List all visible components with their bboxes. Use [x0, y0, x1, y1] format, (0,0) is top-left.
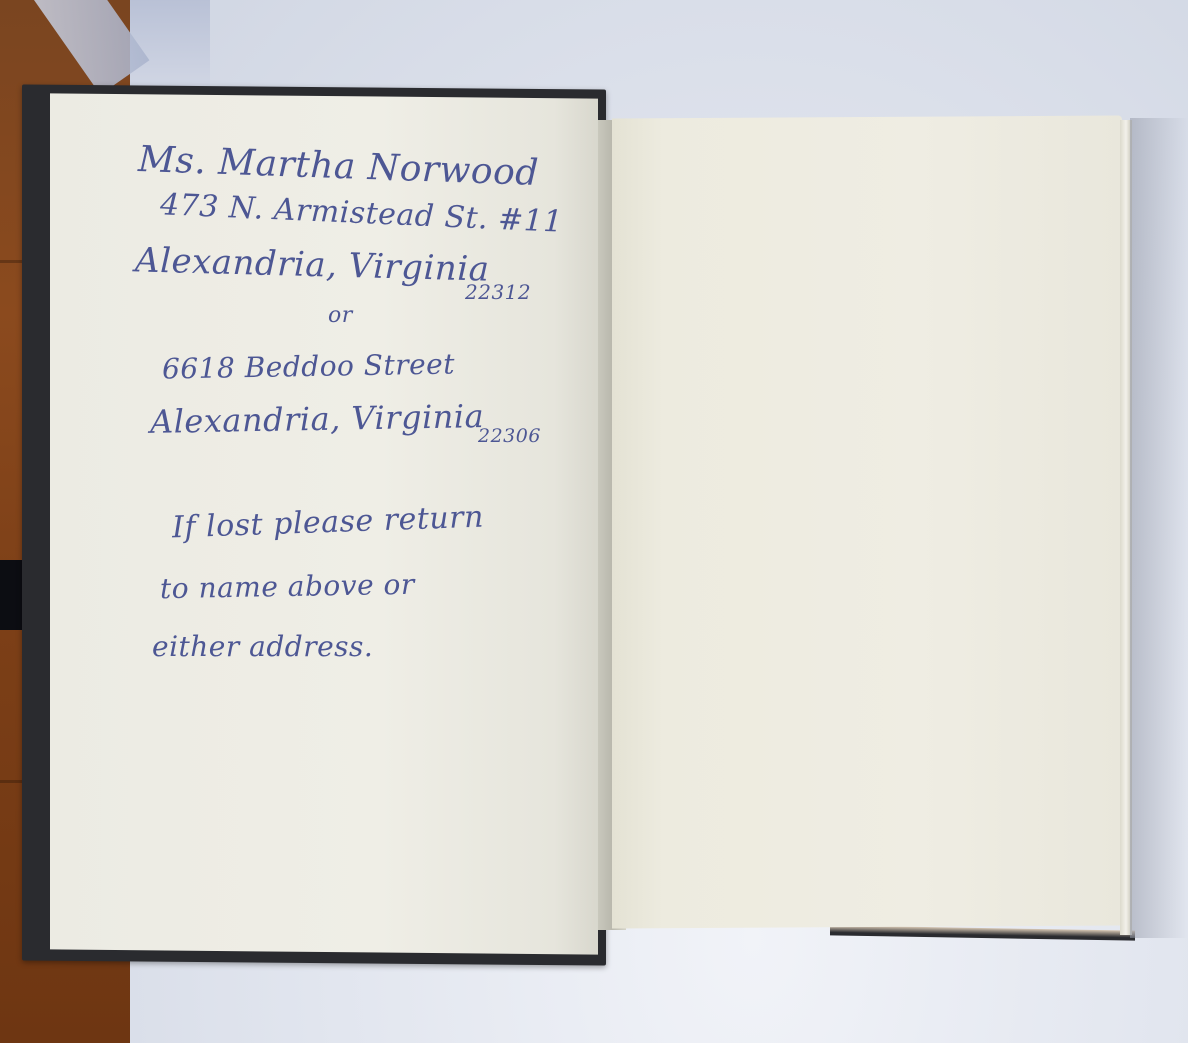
- inscription-address1-zip: 22312: [465, 280, 531, 304]
- right-blank-page: [612, 115, 1122, 928]
- inscription-address2-zip: 22306: [478, 425, 541, 447]
- inscription-note-line: either address.: [152, 630, 373, 663]
- inscription-separator: or: [328, 303, 353, 328]
- book-shadow: [1130, 118, 1188, 938]
- inscription-note-line: to name above or: [160, 568, 415, 605]
- inscription-address2-street: 6618 Beddoo Street: [162, 347, 456, 385]
- inscription-address2-city: Alexandria, Virginia: [150, 397, 485, 441]
- photo-scene: Ms. Martha Norwood 473 N. Armistead St. …: [0, 0, 1188, 1043]
